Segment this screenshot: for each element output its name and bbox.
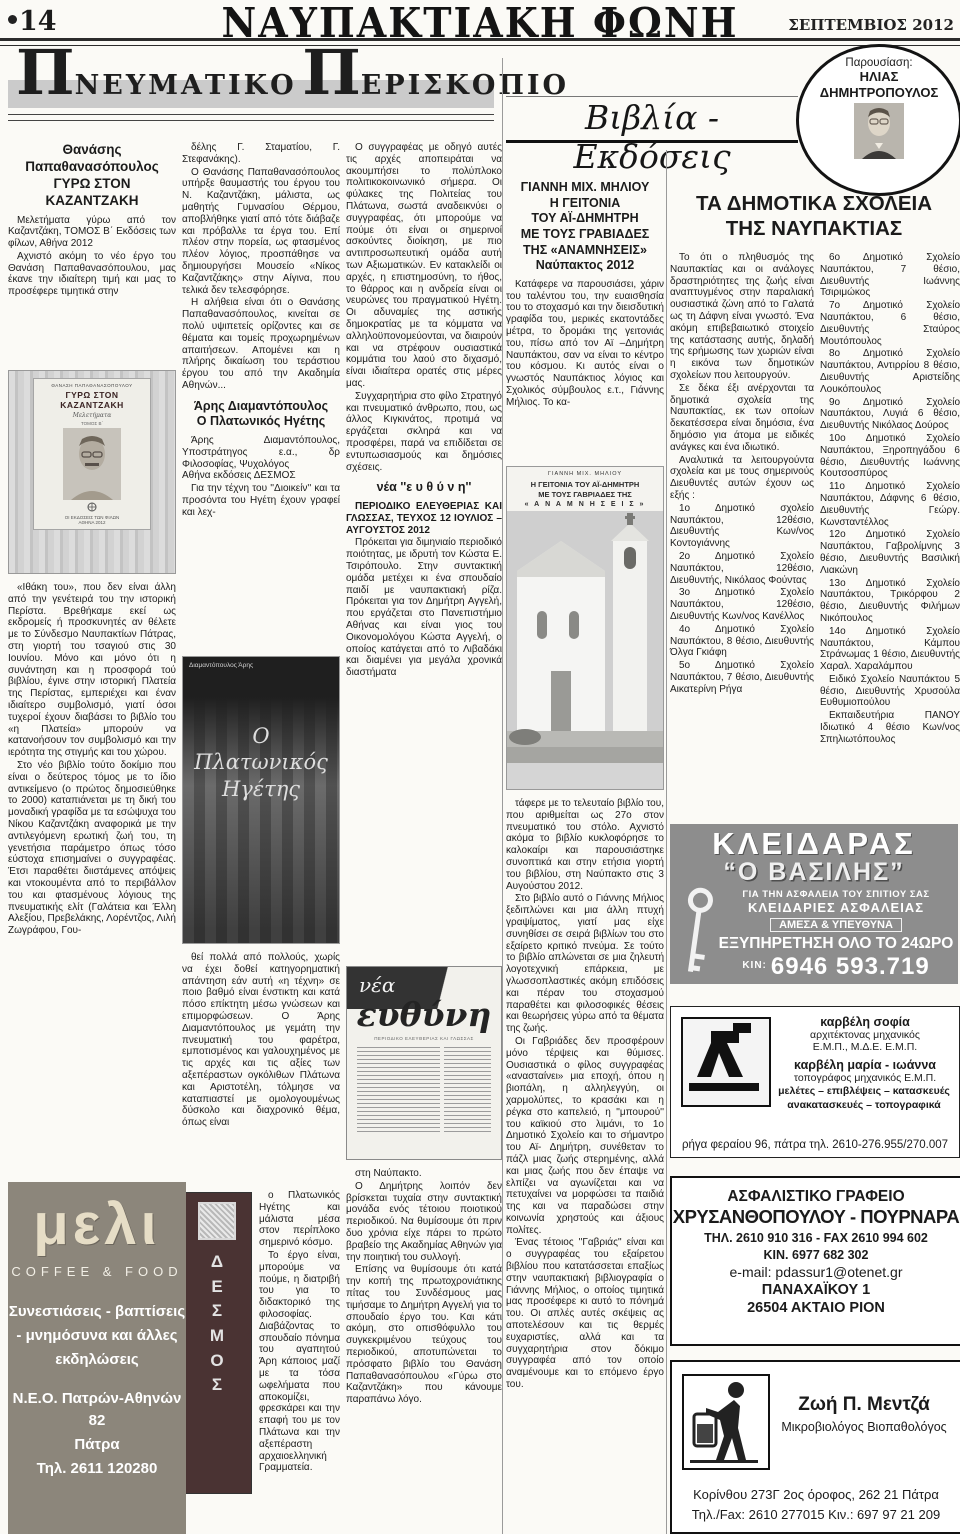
- paragraph: Ειδικό Σχολείο Ναυπάκτου 5 θέσιο, Διευθυ…: [820, 674, 960, 709]
- paragraph: 2ο Δημοτικό Σχολείο Ναυπάκτου, 12θέσιο, …: [670, 551, 814, 586]
- presenter-label: Παρουσίαση:: [799, 57, 959, 69]
- ad-insurance-office: ΑΣΦΑΛΙΣΤΙΚΟ ΓΡΑΦΕΙΟ ΧΡΥΣΑΝΘΟΠΟΥΛΟΥ - ΠΟΥ…: [670, 1176, 960, 1346]
- ad-role: Μικροβιολόγος Βιοπαθολόγος: [772, 1420, 956, 1434]
- paragraph: 8ο Δημοτικό Σχολείο Ναυπάκτου, Αντιρρίου…: [820, 348, 960, 395]
- article-text: δέλης Γ. Σταματίου, Γ. Στεφανάκης).Ο Θαν…: [182, 142, 340, 392]
- paragraph: 1ο Δημοτικό σχολείο Ναυπάκτου, 12θέσιο, …: [670, 503, 814, 550]
- paragraph: τάφερε με το τελευταίο βιβλίο του, που α…: [506, 798, 664, 892]
- ad-name: καρβέλη σοφία: [775, 1015, 955, 1029]
- issue-date: ΣΕΠΤΕΜΒΙΟΣ 2012: [714, 16, 954, 34]
- paragraph: 11ο Δημοτικό Σχολείο Ναυπάκτου, Δάφνης 6…: [820, 481, 960, 528]
- ad-line: ΑΜΕΣΑ & ΥΠΕΥΘΥΝΑ: [770, 918, 902, 932]
- paragraph: Σε δέκα έξι ανέρχονται τα δημοτικά σχολε…: [670, 383, 814, 454]
- paragraph: Άρης Διαμαντόπουλος, Υποστράτηγος ε.α., …: [182, 435, 340, 482]
- paragraph: Συγχαρητήρια στο φίλο Στρατηγό και πνευμ…: [346, 391, 502, 474]
- ad-address: Κορίνθου 273Γ 2ος όροφος, 262 21 Πάτρα: [672, 1487, 960, 1502]
- ad-line: ΕΞΥΠΗΡΕΤΗΣΗ ΟΛΟ ΤΟ 24ΩΡΟ: [714, 935, 958, 953]
- ad-line: ΓΙΑ ΤΗΝ ΑΣΦΑΛΕΙΑ ΤΟΥ ΣΠΙΤΙΟΥ ΣΑΣ: [714, 889, 958, 900]
- article-title-geitonia: ΓΙΑΝΝΗ ΜΙΧ. ΜΗΛΙΟΥ Η ΓΕΙΤΟΝΙΑ ΤΟΥ ΑΪ-ΔΗΜ…: [506, 180, 664, 274]
- architect-logo-icon: [681, 1017, 771, 1107]
- ad-line: Τηλ. 2611 120280: [8, 1458, 186, 1480]
- paragraph: Ένας τέτοιος ''Γαβριάς'' είναι και ο συγ…: [506, 1237, 664, 1390]
- paragraph: 4ο Δημοτικό Σχολείο Ναυπάκτου, 8 θέσιο, …: [670, 624, 814, 659]
- author-portrait: [63, 428, 121, 500]
- schools-column-a: Το ότι ο πληθυσμός της Ναυπακτίας και οι…: [670, 252, 814, 818]
- paragraph: Αναλυτικά τα λειτουργούντα σχολεία και μ…: [670, 455, 814, 502]
- ad-credential: Ε.Μ.Π., Μ.Δ.Ε. Ε.Μ.Π.: [775, 1041, 955, 1053]
- ad-brand: “Ο ΒΑΣΙΛΗΣ”: [670, 858, 958, 887]
- article-column-2: δέλης Γ. Σταματίου, Γ. Στεφανάκης).Ο Θαν…: [182, 142, 340, 1534]
- article-text: Μελετήματα γύρω από τον Καζαντζάκη, ΤΟΜΟ…: [8, 215, 176, 299]
- book-cover-platonikos-igetis: Διαμαντόπουλος Άρης Ο Πλατωνικός Ηγέτης: [182, 656, 340, 944]
- ad-role: τοπογράφος μηχανικός Ε.Μ.Π.: [775, 1072, 955, 1084]
- paragraph: 14ο Δημοτικό Σχολείο Ναυπάκτου, Κάμπου Σ…: [820, 626, 960, 673]
- paragraph: Εκπαιδευτήρια ΠΑΝΟΥ Ιδιωτικό 4 θέσιο Κων…: [820, 710, 960, 745]
- ad-title: ΚΛΕΙΔΑΡΑΣ: [670, 826, 958, 862]
- schools-column-b: 6ο Δημοτικό Σχολείο Ναυπάκτου, 7 θέσιο, …: [820, 252, 960, 832]
- paragraph: Πρόκειται για διμηνιαίο περιοδικό ποιότη…: [346, 537, 502, 679]
- paragraph: Ο Δημήτρης λοιπόν δεν βρίσκεται τυχαία σ…: [346, 1181, 502, 1264]
- ad-phone: ΚΙΝ. 6977 682 302: [672, 1248, 960, 1262]
- publisher-ornament-icon: [198, 1202, 236, 1240]
- schools-article-title: ΤΑ ΔΗΜΟΤΙΚΑ ΣΧΟΛΕΙΑ ΤΗΣ ΝΑΥΠΑΚΤΙΑΣ: [668, 192, 960, 241]
- article-column-1: Θανάσης Παπαθανασόπουλος ΓΥΡΩ ΣΤΟΝ ΚΑΖΑΝ…: [8, 142, 176, 1180]
- column-separator: [666, 150, 667, 1534]
- paragraph: Η αλήθεια είναι ότι ο Θανάσης Παπαθανασό…: [182, 297, 340, 391]
- paragraph: Κατάφερε να παρουσιάσει, χάριν του ταλέν…: [506, 279, 664, 409]
- column-separator: [502, 58, 503, 1534]
- ad-services: ανακατασκευές – τοπογραφικά: [771, 1099, 957, 1113]
- paragraph: Επίσης να θυμίσουμε ότι κατά την κοπή τη…: [346, 1264, 502, 1406]
- ad-line: εκδηλώσεις: [8, 1349, 186, 1371]
- ad-line: ΚΛΕΙΔΑΡΙΕΣ ΑΣΦΑΛΕΙΑΣ: [714, 900, 958, 915]
- ad-services: Συνεστιάσεις - βαπτίσεις- μνημόσυνα και …: [8, 1301, 186, 1370]
- ad-mentza-microbiologist: Ζωή Π. Μεντζά Μικροβιολόγος Βιοπαθολόγος…: [670, 1360, 960, 1534]
- paragraph: Στο νέο βιβλίο τούτο δοκίμιο που είναι ο…: [8, 760, 176, 937]
- ad-address: ΠΑΝΑΧΑΪΚΟΥ 1: [672, 1282, 960, 1298]
- section-double-rule: [8, 114, 494, 121]
- paragraph: Αχνιστό ακόμη το νέο έργο του Θανάση Παπ…: [8, 251, 176, 298]
- ad-address: Ν.Ε.Ο. Πατρών-Αθηνών 82ΠάτραΤηλ. 2611 12…: [8, 1388, 186, 1479]
- presenter-name: ΗΛΙΑΣΔΗΜΗΤΡΟΠΟΥΛΟΣ: [799, 69, 959, 100]
- article-text: Ο συγγραφέας με οδηγό αυτές τις αρχές απ…: [346, 142, 502, 473]
- ad-name: ΧΡΥΣΑΝΘΟΠΟΥΛΟΥ - ΠΟΥΡΝΑΡΑ: [672, 1206, 960, 1228]
- ad-meli-coffee-food: μελι COFFEE & FOOD Συνεστιάσεις - βαπτίσ…: [8, 1182, 186, 1534]
- paragraph: 3ο Δημοτικό Σχολείο Ναυπάκτου, 12θέσιο, …: [670, 587, 814, 622]
- paragraph: 9ο Δημοτικό Σχολείο Ναυπάκτου, Λυγιά 6 θ…: [820, 397, 960, 432]
- article-text-wrapped: ΔΕΣΜΟΣ ο Πλατωνικός Ηγέτης και μάλιστα μ…: [182, 1190, 340, 1496]
- ad-line: - μνημόσυνα και άλλες: [8, 1325, 186, 1347]
- article-text: Κατάφερε να παρουσιάσει, χάριν του ταλέν…: [506, 279, 664, 409]
- article-text: στη Ναύπακτο.Ο Δημήτρης λοιπόν δεν βρίσκ…: [346, 1168, 502, 1407]
- book-cover-geitonia: ΓΙΑΝΝΗ ΜΙΧ. ΜΗΛΙΟΥ Η ΓΕΙΤΟΝΙΑ ΤΟΥ ΑΪ-ΔΗΜ…: [506, 466, 664, 790]
- article-column-3: Ο συγγραφέας με οδηγό αυτές τις αρχές απ…: [346, 142, 502, 1534]
- presenter-badge: Παρουσίαση: ΗΛΙΑΣΔΗΜΗΤΡΟΠΟΥΛΟΣ: [796, 44, 960, 196]
- church-illustration: [507, 511, 663, 763]
- paragraph: Στο βιβλίο αυτό ο Γιάννης Μήλιος ξεδιπλώ…: [506, 893, 664, 1035]
- article-text: τάφερε με το τελευταίο βιβλίο του, που α…: [506, 798, 664, 1392]
- publisher-mark-icon: [87, 502, 97, 512]
- article-title-kazantzakis: Θανάσης Παπαθανασόπουλος ΓΥΡΩ ΣΤΟΝ ΚΑΖΑΝ…: [8, 142, 176, 210]
- paragraph: δέλης Γ. Σταματίου, Γ. Στεφανάκης).: [182, 142, 340, 166]
- ad-title: ΑΣΦΑΛΙΣΤΙΚΟ ΓΡΑΦΕΙΟ: [672, 1188, 960, 1206]
- paragraph: Το ότι ο πληθυσμός της Ναυπακτίας και οι…: [670, 252, 814, 382]
- magazine-cover-nea-efthini: νέα ευθύνη ΠΕΡΙΟΔΙΚΟ ΕΛΕΥΘΕΡΙΑΣ ΚΑΙ ΓΛΩΣ…: [346, 966, 502, 1160]
- cover-fine-print: [357, 1047, 491, 1133]
- ad-phone: Τηλ./Fax: 2610 277015 Κιν.: 697 97 21 20…: [672, 1507, 960, 1522]
- ad-email: e-mail: pdassur1@otenet.gr: [672, 1264, 960, 1280]
- ad-locksmith-vasilis: ΚΛΕΙΔΑΡΑΣ “Ο ΒΑΣΙΛΗΣ” ΓΙΑ ΤΗΝ ΑΣΦΑΛΕΙΑ Τ…: [670, 824, 958, 984]
- ad-line: Ν.Ε.Ο. Πατρών-Αθηνών 82: [8, 1388, 186, 1432]
- drop-initial: Π: [302, 36, 361, 109]
- ad-tagline: COFFEE & FOOD: [8, 1264, 186, 1279]
- book-cover-kazantzakis: ΘΑΝΑΣΗ ΠΑΠΑΘΑΝΑΣΟΠΟΥΛΟΥ ΓΥΡΩ ΣΤΟΝ ΚΑΖΑΝΤ…: [8, 370, 176, 574]
- article-text: «Ιθάκη του», που δεν είναι άλλη από την …: [8, 582, 176, 938]
- paragraph: 7ο Δημοτικό Σχολείο Ναυπάκτου, 6 θέσιο, …: [820, 300, 960, 347]
- ad-line: Πάτρα: [8, 1434, 186, 1456]
- paragraph: «Ιθάκη του», που δεν είναι άλλη από την …: [8, 582, 176, 759]
- article-subtitle: ΠΕΡΙΟΔΙΚΟ ΕΛΕΥΘΕΡΙΑΣ ΚΑΙ ΓΛΩΣΣΑΣ, ΤΕΥΧΟΣ…: [346, 501, 502, 536]
- article-text: Άρης Διαμαντόπουλος, Υποστράτηγος ε.α., …: [182, 435, 340, 519]
- newspaper-page: 14 ΝΑΥΠΑΚΤΙΑΚΗ ΦΩΝΗ ΣΕΠΤΕΜΒΙΟΣ 2012 ΠΝΕΥ…: [0, 0, 960, 1534]
- paragraph: Για την τέχνη του ''Διοικείν'' και τα πρ…: [182, 483, 340, 518]
- article-text: Πρόκειται για διμηνιαίο περιοδικό ποιότη…: [346, 537, 502, 679]
- drop-initial: Π: [16, 36, 75, 109]
- ad-karveli-engineers: καρβέλη σοφία αρχιτέκτονας μηχανικός Ε.Μ…: [670, 1006, 960, 1158]
- paragraph: Μελετήματα γύρω από τον Καζαντζάκη, ΤΟΜΟ…: [8, 215, 176, 250]
- article-title-nea-efthini: νέα ''ε υ θ ύ ν η'': [346, 480, 502, 496]
- article-text: θεί πολλά από πολλούς, χωρίς να έχει δοθ…: [182, 952, 340, 1130]
- paragraph: 12ο Δημοτικό Σχολείο Ναυπάκτου, Γαβρολίμ…: [820, 529, 960, 576]
- books-header-rule-bottom: [506, 140, 798, 143]
- ad-name: Ζωή Π. Μεντζά: [772, 1394, 956, 1416]
- lab-pictogram-icon: [682, 1374, 770, 1470]
- paragraph: 13ο Δημοτικό Σχολείο Ναυπάκτου, Τρικόρφο…: [820, 578, 960, 625]
- paragraph: Ο Θανάσης Παπαθανασόπουλος υπήρξε θαυμασ…: [182, 167, 340, 297]
- paragraph: θεί πολλά από πολλούς, χωρίς να έχει δοθ…: [182, 952, 340, 1129]
- paragraph: 10ο Δημοτικό Σχολείο Ναυπάκτου, Ξηροπηγά…: [820, 433, 960, 480]
- meli-logo: μελι: [8, 1196, 186, 1254]
- ad-address: 26504 ΑΚΤΑΙΟ ΡΙΟΝ: [672, 1300, 960, 1316]
- ad-name: καρβέλη μαρία - ιωάννα: [775, 1058, 955, 1072]
- paragraph: 5ο Δημοτικό Σχολείο Ναυπάκτου, 7 θέσιο, …: [670, 660, 814, 695]
- article-title-platonikos-igetis: Άρης Διαμαντόπουλος Ο Πλατωνικός Ηγέτης: [182, 399, 340, 430]
- ad-line: Συνεστιάσεις - βαπτίσεις: [8, 1301, 186, 1323]
- ad-role: αρχιτέκτονας μηχανικός: [775, 1029, 955, 1041]
- ad-services: μελέτες – επιβλέψεις – κατασκευές: [771, 1085, 957, 1099]
- key-icon: [678, 886, 714, 978]
- books-header-rule-top: [506, 96, 798, 97]
- paragraph: στη Ναύπακτο.: [346, 1168, 502, 1180]
- article-column-4: ΓΙΑΝΝΗ ΜΙΧ. ΜΗΛΙΟΥ Η ΓΕΙΤΟΝΙΑ ΤΟΥ ΑΪ-ΔΗΜ…: [506, 150, 664, 1534]
- paragraph: 6ο Δημοτικό Σχολείο Ναυπάκτου, 7 θέσιο, …: [820, 252, 960, 299]
- book-cover-desmos: ΔΕΣΜΟΣ: [182, 1192, 252, 1494]
- ad-phone: ΤΗΛ. 2610 910 316 - FAX 2610 994 602: [672, 1231, 960, 1245]
- ad-phone: ΚΙΝ:6946 593.719: [714, 953, 958, 981]
- section-header-pneumatiko-periskopio: ΠΝΕΥΜΑΤΙΚΟ ΠΕΡΙΣΚΟΠΙΟ: [8, 50, 494, 120]
- paragraph: Ο συγγραφέας με οδηγό αυτές τις αρχές απ…: [346, 142, 502, 390]
- ad-address: ρήγα φεραίου 96, πάτρα τηλ. 2610-276.955…: [671, 1139, 959, 1151]
- paragraph: Οι Γαβριάδες δεν προσφέρουν μόνο τέρψεις…: [506, 1036, 664, 1237]
- presenter-photo: [854, 103, 904, 159]
